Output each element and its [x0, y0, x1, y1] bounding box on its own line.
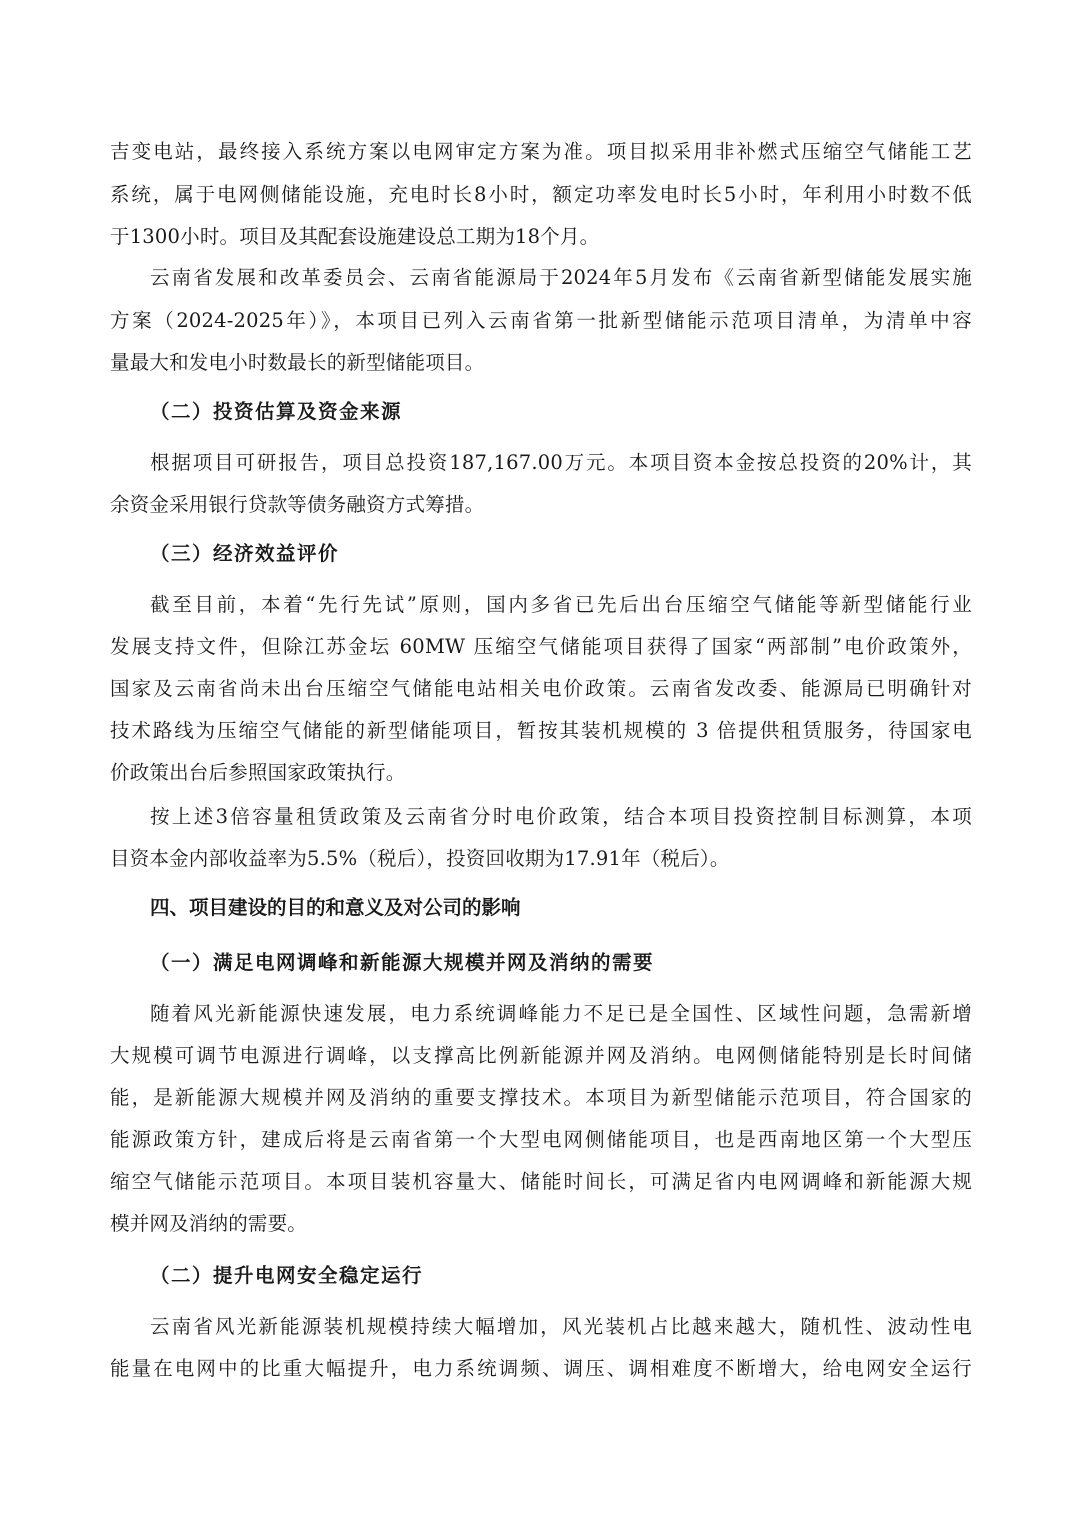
section-subheading-investment: （二）投资估算及资金来源: [150, 397, 402, 427]
paragraph-line: 价政策出台后参照国家政策执行。: [110, 758, 972, 788]
paragraph-line: 按上述3倍容量租赁政策及云南省分时电价政策，结合本项目投资控制目标测算，本项: [150, 802, 972, 832]
paragraph-line: 能源政策方针，建成后将是云南省第一个大型电网侧储能项目，也是西南地区第一个大型压: [110, 1125, 972, 1155]
paragraph-line: 云南省发展和改革委员会、云南省能源局于2024年5月发布《云南省新型储能发展实施: [150, 263, 972, 293]
paragraph-line: 于1300小时。项目及其配套设施建设总工期为18个月。: [110, 222, 972, 252]
paragraph-line: 能量在电网中的比重大幅提升，电力系统调频、调压、调相难度不断增大，给电网安全运行: [110, 1354, 972, 1384]
section-heading-purpose: 四、项目建设的目的和意义及对公司的影响: [150, 893, 521, 923]
section-subheading-peak-regulation: （一）满足电网调峰和新能源大规模并网及消纳的需要: [150, 948, 654, 978]
paragraph-line: 系统，属于电网侧储能设施，充电时长8小时，额定功率发电时长5小时，年利用小时数不…: [110, 180, 972, 210]
paragraph-line: 量最大和发电小时数最长的新型储能项目。: [110, 348, 972, 378]
section-subheading-economics: （三）经济效益评价: [150, 539, 339, 569]
paragraph-line: 随着风光新能源快速发展，电力系统调峰能力不足已是全国性、区域性问题，急需新增: [150, 999, 972, 1029]
paragraph-line: 截至目前，本着“先行先试”原则，国内多省已先后出台压缩空气储能等新型储能行业: [150, 590, 972, 620]
paragraph-line: 模并网及消纳的需要。: [110, 1209, 972, 1239]
paragraph-line: 目资本金内部收益率为5.5%（税后），投资回收期为17.91年（税后）。: [110, 844, 972, 874]
section-subheading-grid-stability: （二）提升电网安全稳定运行: [150, 1261, 423, 1291]
paragraph-line: 发展支持文件，但除江苏金坛 60MW 压缩空气储能项目获得了国家“两部制”电价政…: [110, 632, 972, 662]
paragraph-line: 方案（2024-2025年）》，本项目已列入云南省第一批新型储能示范项目清单，为…: [110, 306, 972, 336]
paragraph-line: 余资金采用银行贷款等债务融资方式筹措。: [110, 490, 972, 520]
paragraph-line: 缩空气储能示范项目。本项目装机容量大、储能时间长，可满足省内电网调峰和新能源大规: [110, 1167, 972, 1197]
paragraph-line: 能，是新能源大规模并网及消纳的重要支撑技术。本项目为新型储能示范项目，符合国家的: [110, 1083, 972, 1113]
paragraph-line: 大规模可调节电源进行调峰，以支撑高比例新能源并网及消纳。电网侧储能特别是长时间储: [110, 1041, 972, 1071]
paragraph-line: 根据项目可研报告，项目总投资187,167.00万元。本项目资本金按总投资的20…: [150, 448, 972, 478]
paragraph-line: 技术路线为压缩空气储能的新型储能项目，暂按其装机规模的 3 倍提供租赁服务，待国…: [110, 716, 972, 746]
document-page: 吉变电站，最终接入系统方案以电网审定方案为准。项目拟采用非补燃式压缩空气储能工艺…: [0, 0, 1080, 1528]
paragraph-line: 吉变电站，最终接入系统方案以电网审定方案为准。项目拟采用非补燃式压缩空气储能工艺: [110, 137, 972, 167]
paragraph-line: 云南省风光新能源装机规模持续大幅增加，风光装机占比越来越大，随机性、波动性电: [150, 1312, 972, 1342]
paragraph-line: 国家及云南省尚未出台压缩空气储能电站相关电价政策。云南省发改委、能源局已明确针对: [110, 674, 972, 704]
